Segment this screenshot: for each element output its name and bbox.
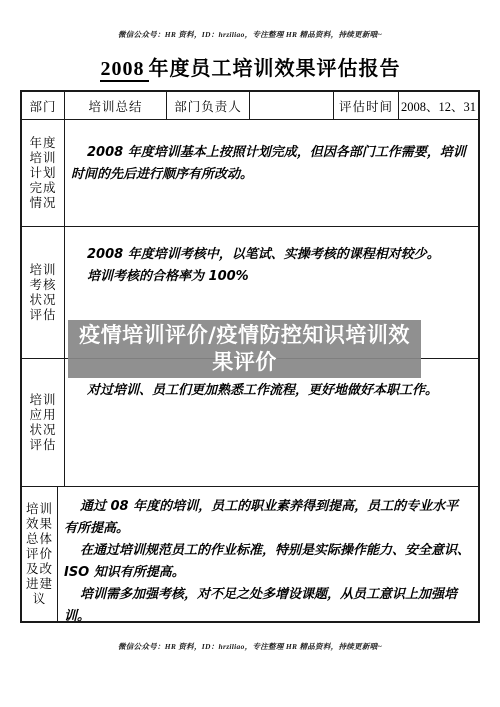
table-row-application-status: 培训 应用 状况 评估 对过培训、员工们更加熟悉工作流程，更好地做好本职工作。: [22, 359, 478, 487]
content-line: 培训考核的合格率为 100%: [71, 266, 470, 288]
page-title: 2008年度员工培训效果评估报告: [0, 52, 500, 81]
header-cell-dept-value: 培训总结: [65, 92, 167, 119]
label-line: 应用: [29, 408, 56, 423]
header-cell-dept-label: 部门: [22, 92, 65, 119]
article-title-overlay: 疫情培训评价/疫情防控知识培训效 果评价: [68, 320, 421, 378]
promo-note-bottom: 微信公众号：HR 资料，ID：hrziliao，专注整理 HR 精品资料，持续更…: [0, 641, 500, 652]
content-line: 对过培训、员工们更加熟悉工作流程，更好地做好本职工作。: [71, 380, 470, 402]
content-line: 2008 年度培训考核中，以笔试、实操考核的课程相对较少。: [71, 244, 470, 266]
row-label-assessment-status: 培训 考核 状况 评估: [22, 227, 65, 358]
label-line: 情况: [29, 196, 56, 211]
label-line: 评估: [29, 308, 56, 323]
content-line: 2008 年度培训基本上按照计划完成，但因各部门工作需要，培训: [71, 142, 470, 164]
label-line: 议: [33, 592, 47, 607]
label-line: 效果: [26, 517, 53, 532]
table-header-row: 部门 培训总结 部门负责人 评估时间 2008、12、31: [22, 92, 478, 120]
header-cell-manager-label: 部门负责人: [167, 92, 250, 119]
label-line: 状况: [29, 423, 56, 438]
content-line: 有所提高。: [64, 518, 470, 540]
content-line: 培训需多加强考核，对不足之处多增设课题，从员工意识上加强培: [64, 584, 470, 606]
label-line: 考核: [29, 278, 56, 293]
label-line: 进建: [26, 577, 53, 592]
title-year: 2008: [100, 58, 149, 82]
label-line: 培训: [26, 502, 53, 517]
label-line: 计划: [29, 166, 56, 181]
label-line: 评估: [29, 438, 56, 453]
row-label-application-status: 培训 应用 状况 评估: [22, 359, 65, 486]
label-line: 年度: [29, 136, 56, 151]
report-page: { "page": { "promo_note_top": "微信公众号：HR …: [0, 0, 500, 707]
row-content-overall-evaluation: 通过 08 年度的培训，员工的职业素养得到提高，员工的专业水平 有所提高。 在通…: [58, 487, 478, 621]
overlay-title-line: 疫情培训评价/疫情防控知识培训效: [68, 322, 421, 349]
row-label-annual-plan: 年度 培训 计划 完成 情况: [22, 120, 65, 226]
header-cell-eval-time-label: 评估时间: [334, 92, 399, 119]
label-line: 总体: [26, 532, 53, 547]
content-line: 通过 08 年度的培训，员工的职业素养得到提高，员工的专业水平: [64, 496, 470, 518]
title-text: 年度员工培训效果评估报告: [149, 58, 401, 80]
content-line: 训。: [64, 606, 470, 628]
overlay-title-line: 果评价: [68, 349, 421, 376]
label-line: 培训: [29, 263, 56, 278]
label-line: 状况: [29, 293, 56, 308]
label-line: 评价: [26, 547, 53, 562]
label-line: 培训: [29, 151, 56, 166]
row-content-annual-plan: 2008 年度培训基本上按照计划完成，但因各部门工作需要，培训 时间的先后进行顺…: [65, 120, 478, 226]
label-line: 完成: [29, 181, 56, 196]
table-row-annual-plan: 年度 培训 计划 完成 情况 2008 年度培训基本上按照计划完成，但因各部门工…: [22, 120, 478, 227]
label-line: 培训: [29, 393, 56, 408]
content-line: 时间的先后进行顺序有所改动。: [71, 164, 470, 186]
table-row-overall-evaluation: 培训 效果 总体 评价 及改 进建 议 通过 08 年度的培训，员工的职业素养得…: [22, 487, 478, 621]
row-label-overall-evaluation: 培训 效果 总体 评价 及改 进建 议: [22, 487, 58, 621]
content-line: 在通过培训规范员工的作业标准，特别是实际操作能力、安全意识、: [64, 540, 470, 562]
content-line: ISO 知识有所提高。: [64, 562, 470, 584]
row-content-application-status: 对过培训、员工们更加熟悉工作流程，更好地做好本职工作。: [65, 359, 478, 486]
header-cell-eval-time-value: 2008、12、31: [399, 92, 478, 119]
promo-note-top: 微信公众号：HR 资料，ID：hrziliao，专注整理 HR 精品资料，持续更…: [0, 29, 500, 40]
header-cell-manager-value: [250, 92, 334, 119]
label-line: 及改: [26, 562, 53, 577]
